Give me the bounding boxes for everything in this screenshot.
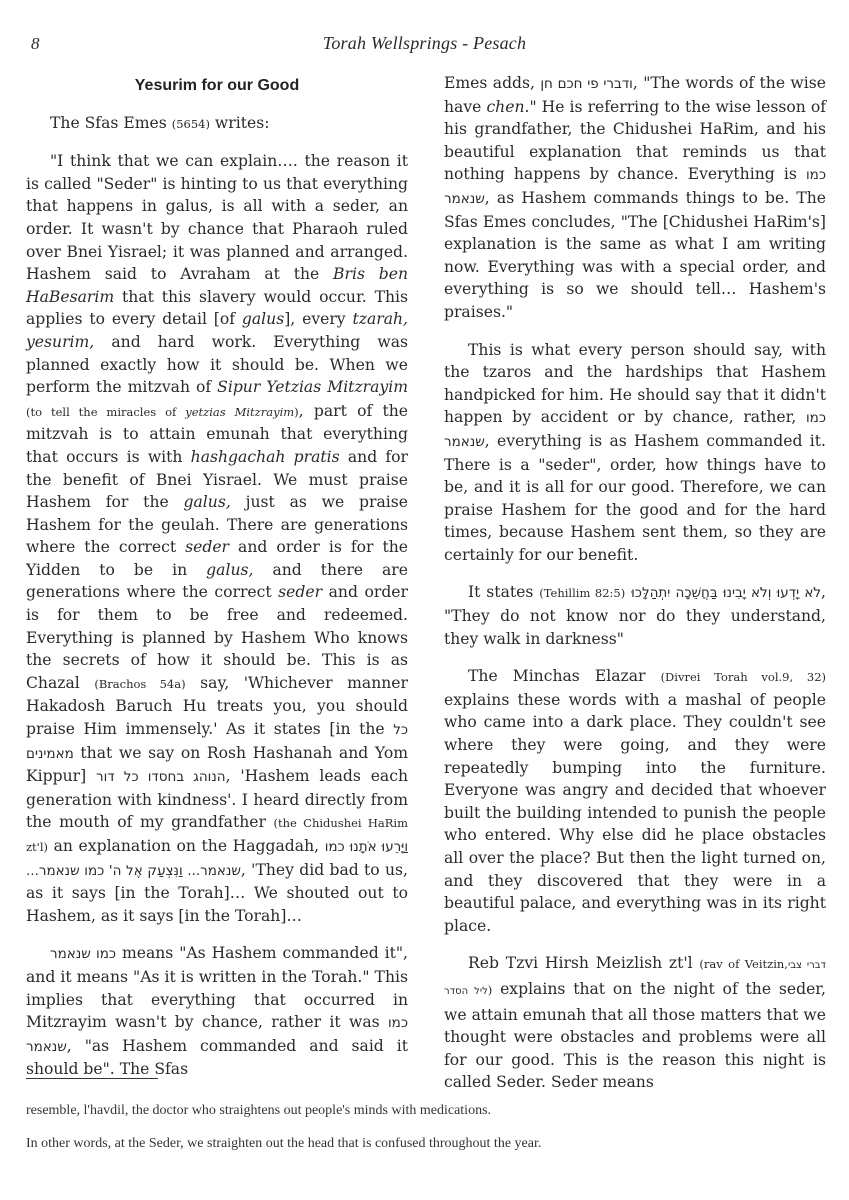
hebrew-text: כמו שנאמר	[50, 946, 116, 962]
right-column: Emes adds, ודברי פי חכם חן, "The words o…	[444, 72, 826, 1109]
citation: (Brachos 54a)	[94, 677, 185, 691]
hebrew-text: הנוהג בחסדו כל דור	[96, 769, 226, 785]
paragraph-every-person: This is what every person should say, wi…	[444, 339, 826, 567]
citation: (5654)	[172, 117, 210, 131]
citation: (Divrei Torah vol.9, 32)	[661, 670, 826, 684]
paragraph-quote: "I think that we can explain…. the reaso…	[26, 150, 408, 927]
paragraph-minchas-elazar: The Minchas Elazar (Divrei Torah vol.9, …	[444, 665, 826, 937]
paragraph-reb-tzvi-hirsh: Reb Tzvi Hirsh Meizlish zt'l (rav of Vei…	[444, 952, 826, 1094]
footnote-divider	[26, 1078, 158, 1079]
section-heading: Yesurim for our Good	[26, 75, 408, 98]
citation: (Tehillim 82:5)	[539, 586, 625, 600]
hebrew-text: ודברי פי חכם חן	[540, 76, 633, 92]
paragraph-intro: The Sfas Emes (5654) writes:	[26, 112, 408, 136]
running-head-title: Torah Wellsprings - Pesach	[0, 33, 849, 54]
paragraph-tehillim: It states (Tehillim 82:5) לֹא יָדְעוּ וְ…	[444, 581, 826, 650]
footnote-line: In other words, at the Seder, we straigh…	[26, 1136, 826, 1152]
paragraph-kmo-shneemar: כמו שנאמר means "As Hashem commanded it"…	[26, 942, 408, 1081]
citation: (rav of Veitzin,	[699, 957, 788, 971]
citation: (to tell the miracles of	[26, 405, 185, 419]
paragraph-continuation: Emes adds, ודברי פי חכם חן, "The words o…	[444, 72, 826, 324]
left-column: Yesurim for our Good The Sfas Emes (5654…	[26, 72, 408, 1096]
footnote-line: resemble, l'havdil, the doctor who strai…	[26, 1103, 826, 1119]
hebrew-verse: לֹא יָדְעוּ וְלֹא יָבִינוּ בַּחֲשֵׁכָה י…	[631, 585, 821, 601]
